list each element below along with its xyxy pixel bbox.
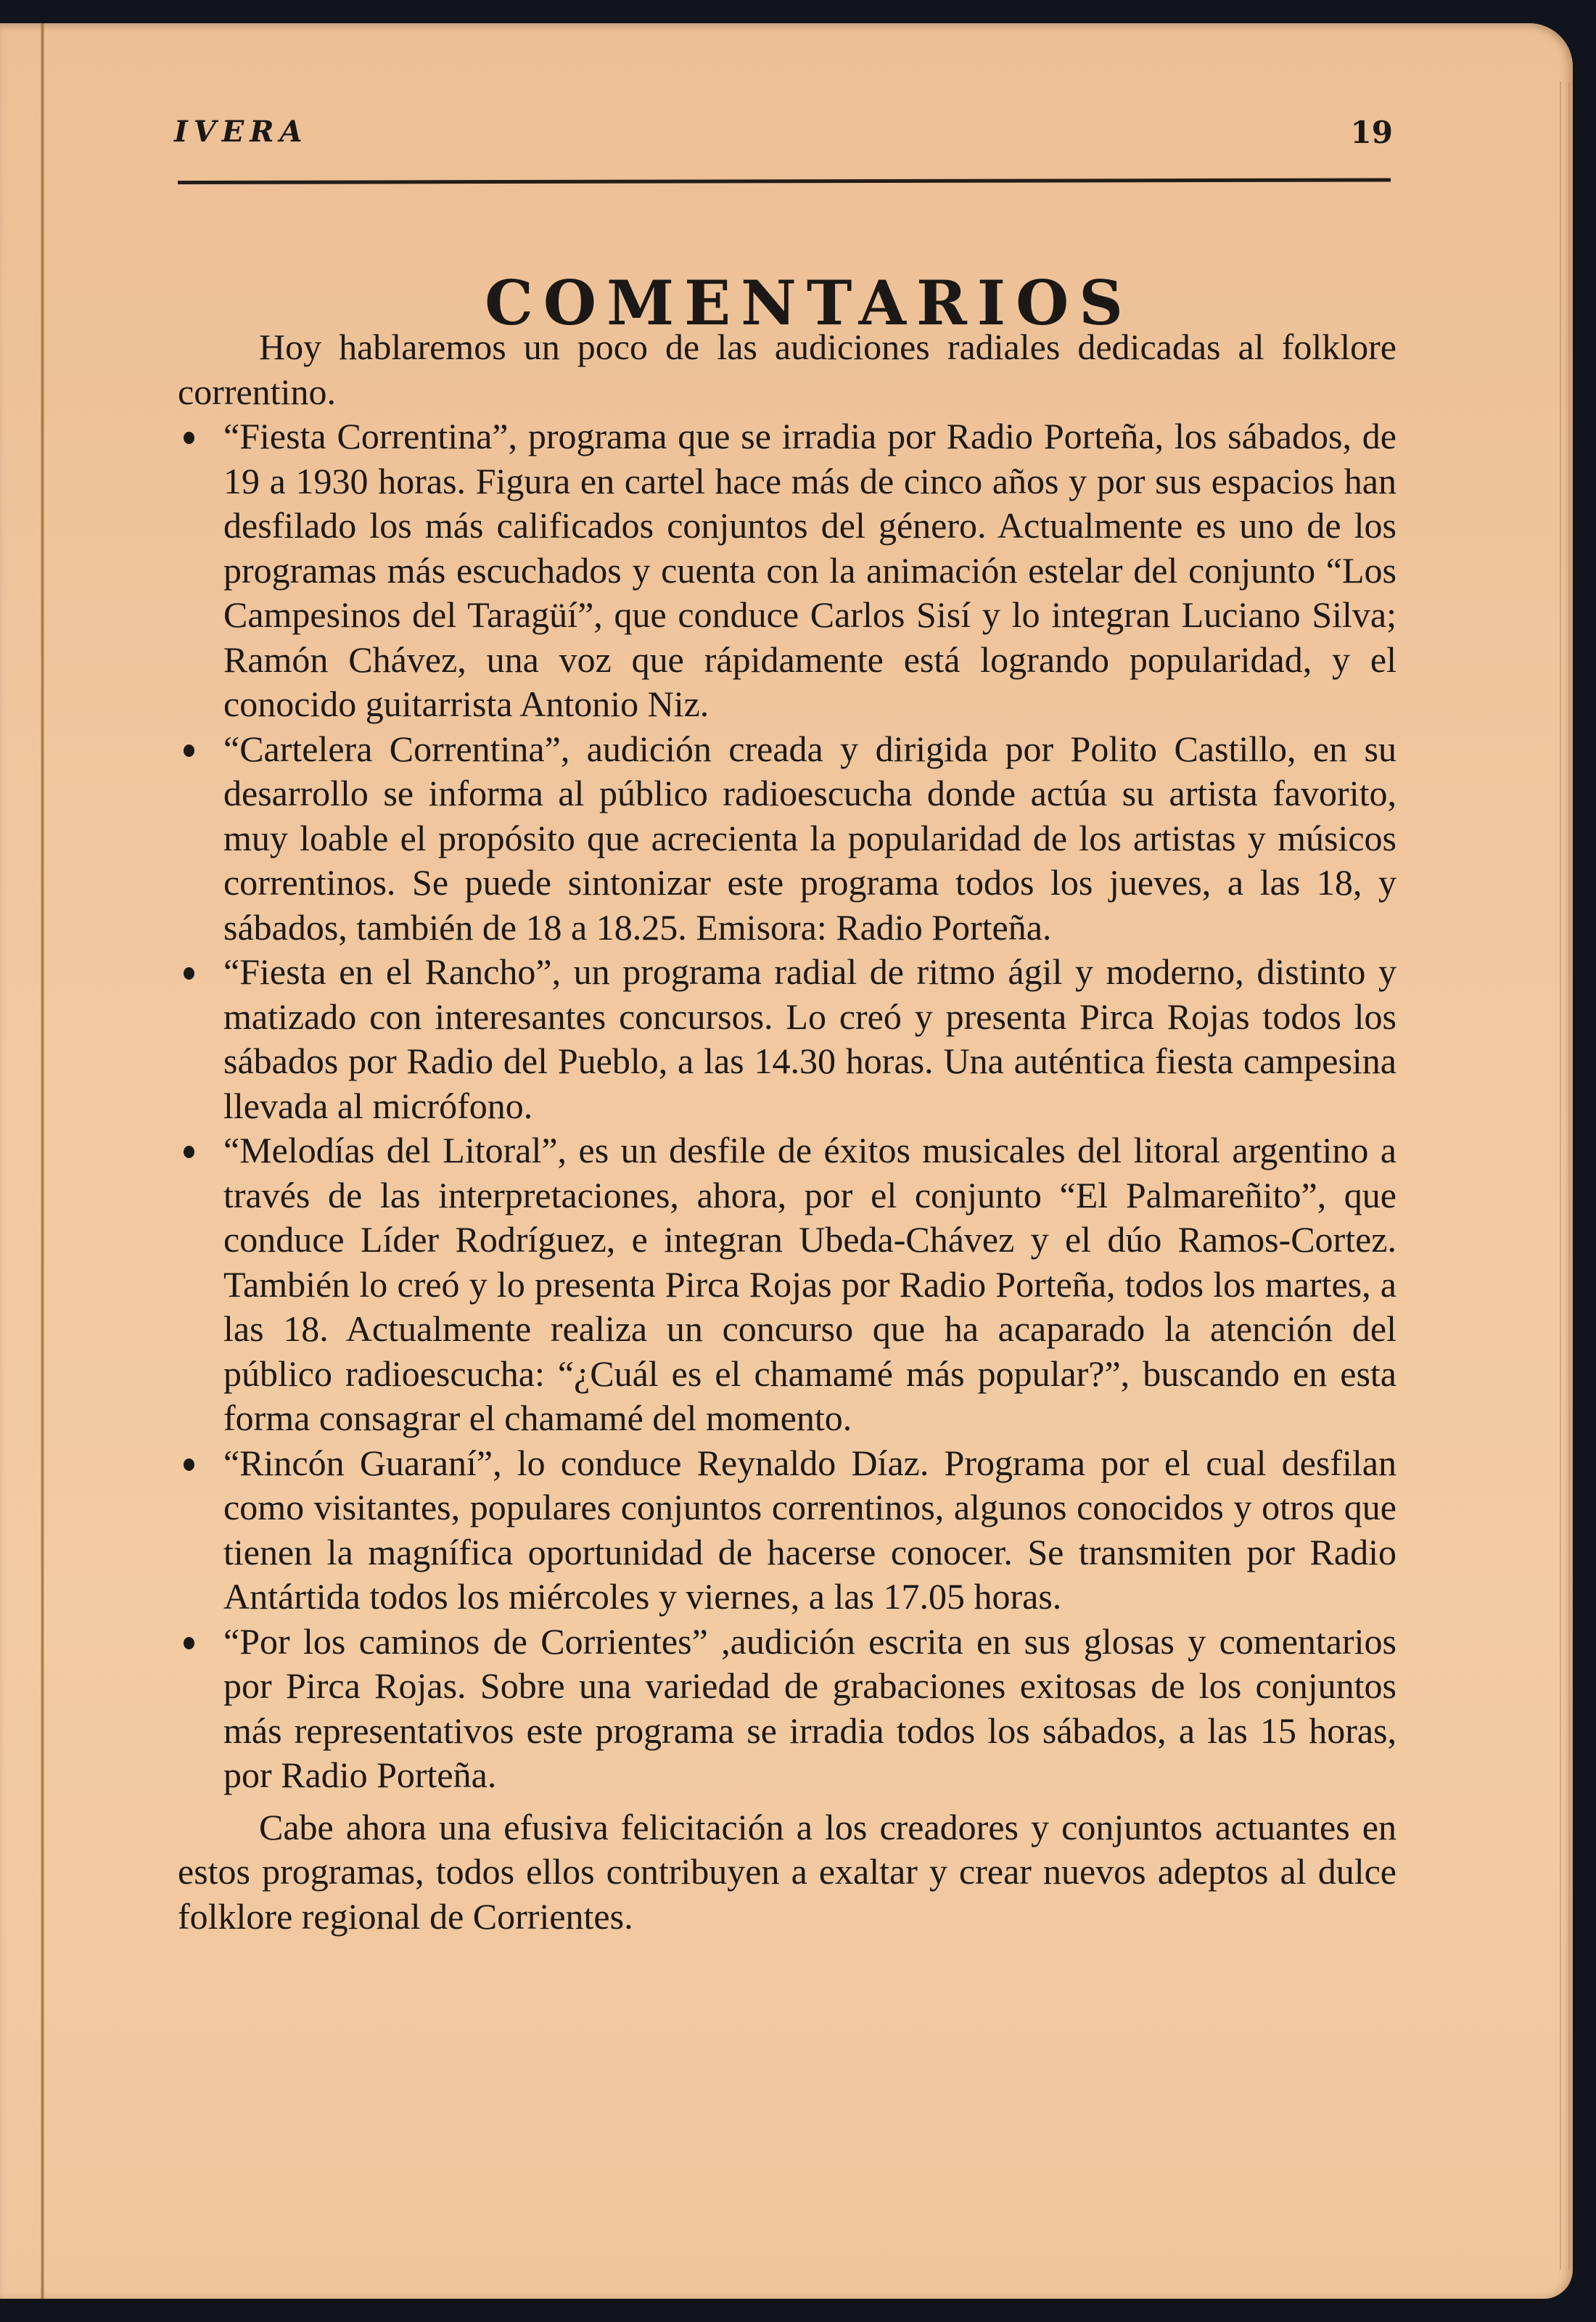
page-gutter-line: [41, 23, 44, 2299]
program-name: “Fiesta Correntina”: [223, 416, 508, 456]
program-description: , programa que se irradia por Radio Port…: [223, 416, 1396, 724]
running-header: IVERA 19: [174, 115, 1393, 158]
running-title: IVERA: [174, 115, 308, 149]
program-name: “Melodías del Litoral”: [223, 1130, 558, 1170]
program-name: “Por los caminos de Corrientes”: [223, 1621, 708, 1662]
bullet-icon: [184, 744, 194, 757]
program-list: “Fiesta Correntina”, programa que se irr…: [178, 414, 1396, 1798]
bullet-icon: [184, 432, 194, 444]
article-body: Hoy hablaremos un poco de las audiciones…: [178, 325, 1396, 1939]
program-name: “Fiesta en el Rancho”: [223, 951, 552, 992]
list-item: “Fiesta Correntina”, programa que se irr…: [178, 414, 1396, 727]
bullet-icon: [184, 1637, 194, 1649]
list-item: “Rincón Guaraní”, lo conduce Reynaldo Dí…: [178, 1441, 1396, 1620]
intro-paragraph: Hoy hablaremos un poco de las audiciones…: [178, 325, 1396, 414]
list-item: “Cartelera Correntina”, audición creada …: [178, 727, 1396, 951]
bullet-icon: [184, 1459, 194, 1471]
list-item: “Fiesta en el Rancho”, un programa radia…: [178, 950, 1396, 1128]
closing-paragraph: Cabe ahora una efusiva felicitación a lo…: [178, 1805, 1396, 1940]
page-number: 19: [1351, 115, 1393, 150]
list-item: “Por los caminos de Corrientes” ,audició…: [178, 1620, 1396, 1798]
program-name: “Cartelera Correntina”: [223, 729, 561, 769]
program-name: “Rincón Guaraní”: [223, 1443, 493, 1483]
program-description: , es un desfile de éxitos musicales del …: [223, 1130, 1396, 1438]
bullet-icon: [184, 967, 194, 980]
list-item: “Melodías del Litoral”, es un desfile de…: [178, 1128, 1396, 1441]
bullet-icon: [184, 1146, 194, 1158]
